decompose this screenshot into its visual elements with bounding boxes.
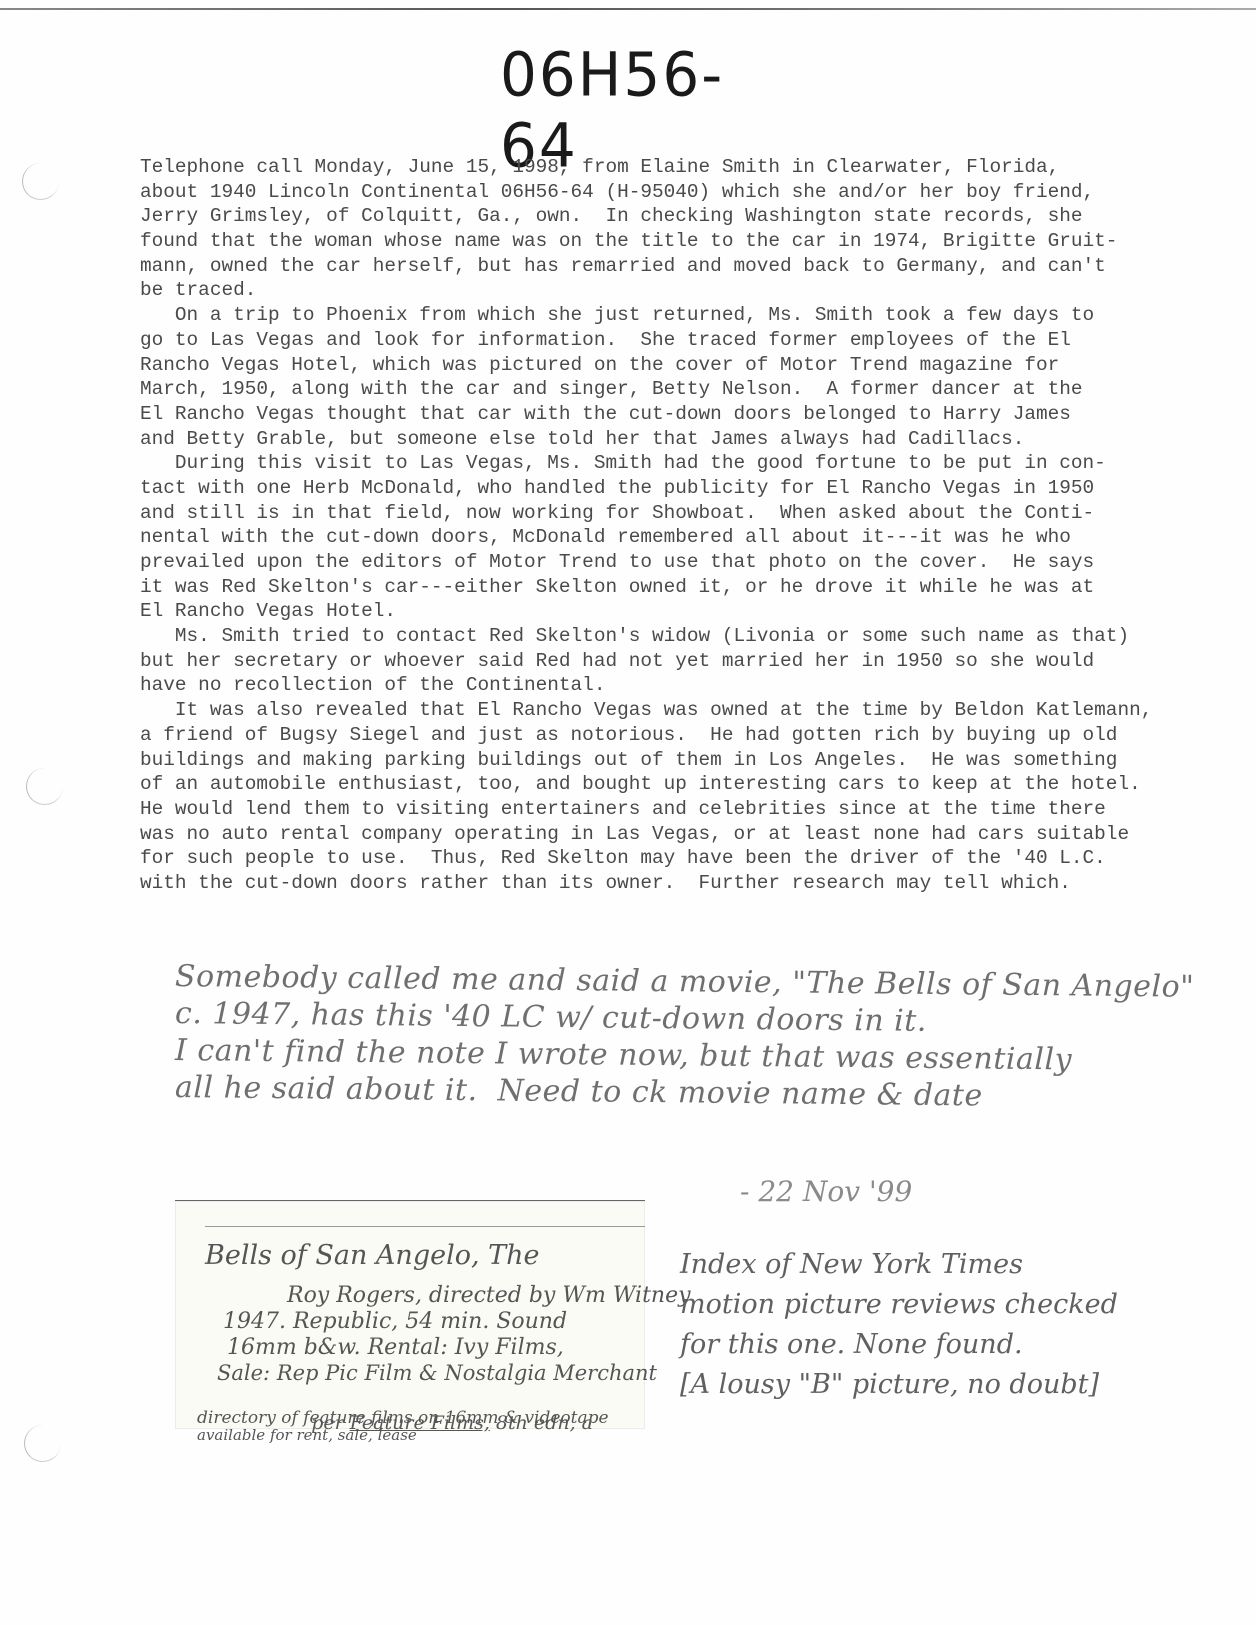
typed-line: prevailed upon the editors of Motor Tren… <box>140 550 1200 575</box>
page-top-edge <box>0 8 1256 10</box>
typed-line: During this visit to Las Vegas, Ms. Smit… <box>140 451 1200 476</box>
punch-hole-top <box>22 163 59 200</box>
typed-line: but her secretary or whoever said Red ha… <box>140 649 1200 674</box>
typed-line: Jerry Grimsley, of Colquitt, Ga., own. I… <box>140 204 1200 229</box>
punch-hole-middle <box>26 768 63 805</box>
typed-line: of an automobile enthusiast, too, and bo… <box>140 772 1200 797</box>
typed-line: Ms. Smith tried to contact Red Skelton's… <box>140 624 1200 649</box>
typed-line: March, 1950, along with the car and sing… <box>140 377 1200 402</box>
card-line-format: 16mm b&w. Rental: Ivy Films, <box>227 1335 564 1360</box>
side-note-line: Index of New York Times <box>680 1245 1118 1285</box>
index-card: Bells of San Angelo, The Roy Rogers, dir… <box>175 1200 645 1429</box>
typed-line: and still is in that field, now working … <box>140 501 1200 526</box>
typed-line: buildings and making parking buildings o… <box>140 748 1200 773</box>
card-line-title: Bells of San Angelo, The <box>205 1243 540 1268</box>
typed-line: mann, owned the car herself, but has rem… <box>140 254 1200 279</box>
typed-line: El Rancho Vegas Hotel. <box>140 599 1200 624</box>
typed-line: Telephone call Monday, June 15, 1998, fr… <box>140 155 1200 180</box>
side-note-line: [A lousy "B" picture, no doubt] <box>680 1365 1118 1405</box>
typed-line: On a trip to Phoenix from which she just… <box>140 303 1200 328</box>
handwritten-note: Somebody called me and said a movie, "Th… <box>175 958 1194 1106</box>
typed-line: about 1940 Lincoln Continental 06H56-64 … <box>140 180 1200 205</box>
typed-line: He would lend them to visiting entertain… <box>140 797 1200 822</box>
typed-line: have no recollection of the Continental. <box>140 673 1200 698</box>
typed-line: tact with one Herb McDonald, who handled… <box>140 476 1200 501</box>
index-card-text: Bells of San Angelo, The Roy Rogers, dir… <box>175 1201 203 1451</box>
typed-line: nental with the cut-down doors, McDonald… <box>140 525 1200 550</box>
typed-line: go to Las Vegas and look for information… <box>140 328 1200 353</box>
punch-hole-bottom <box>24 1425 61 1462</box>
card-line-year: 1947. Republic, 54 min. Sound <box>223 1309 567 1334</box>
side-note-line: for this one. None found. <box>680 1325 1118 1365</box>
side-note-line: motion picture reviews checked <box>680 1285 1118 1325</box>
typed-memo: Telephone call Monday, June 15, 1998, fr… <box>140 155 1200 896</box>
typed-line: and Betty Grable, but someone else told … <box>140 427 1200 452</box>
typed-line: was no auto rental company operating in … <box>140 822 1200 847</box>
handwritten-note-date: - 22 Nov '99 <box>740 1175 912 1208</box>
typed-line: found that the woman whose name was on t… <box>140 229 1200 254</box>
typed-line: It was also revealed that El Rancho Vega… <box>140 698 1200 723</box>
typed-line: with the cut-down doors rather than its … <box>140 871 1200 896</box>
card-line-sale: Sale: Rep Pic Film & Nostalgia Merchant <box>217 1361 657 1386</box>
typed-line: a friend of Bugsy Siegel and just as not… <box>140 723 1200 748</box>
index-card-rule <box>205 1226 645 1227</box>
typed-line: be traced. <box>140 278 1200 303</box>
card-line-availability: available for rent, sale, lease <box>197 1423 417 1448</box>
side-note: Index of New York Timesmotion picture re… <box>680 1245 1118 1405</box>
typed-line: for such people to use. Thus, Red Skelto… <box>140 846 1200 871</box>
typed-line: Rancho Vegas Hotel, which was pictured o… <box>140 353 1200 378</box>
card-line-cast: Roy Rogers, directed by Wm Witney <box>287 1283 691 1308</box>
typed-line: it was Red Skelton's car---either Skelto… <box>140 575 1200 600</box>
typed-line: El Rancho Vegas thought that car with th… <box>140 402 1200 427</box>
